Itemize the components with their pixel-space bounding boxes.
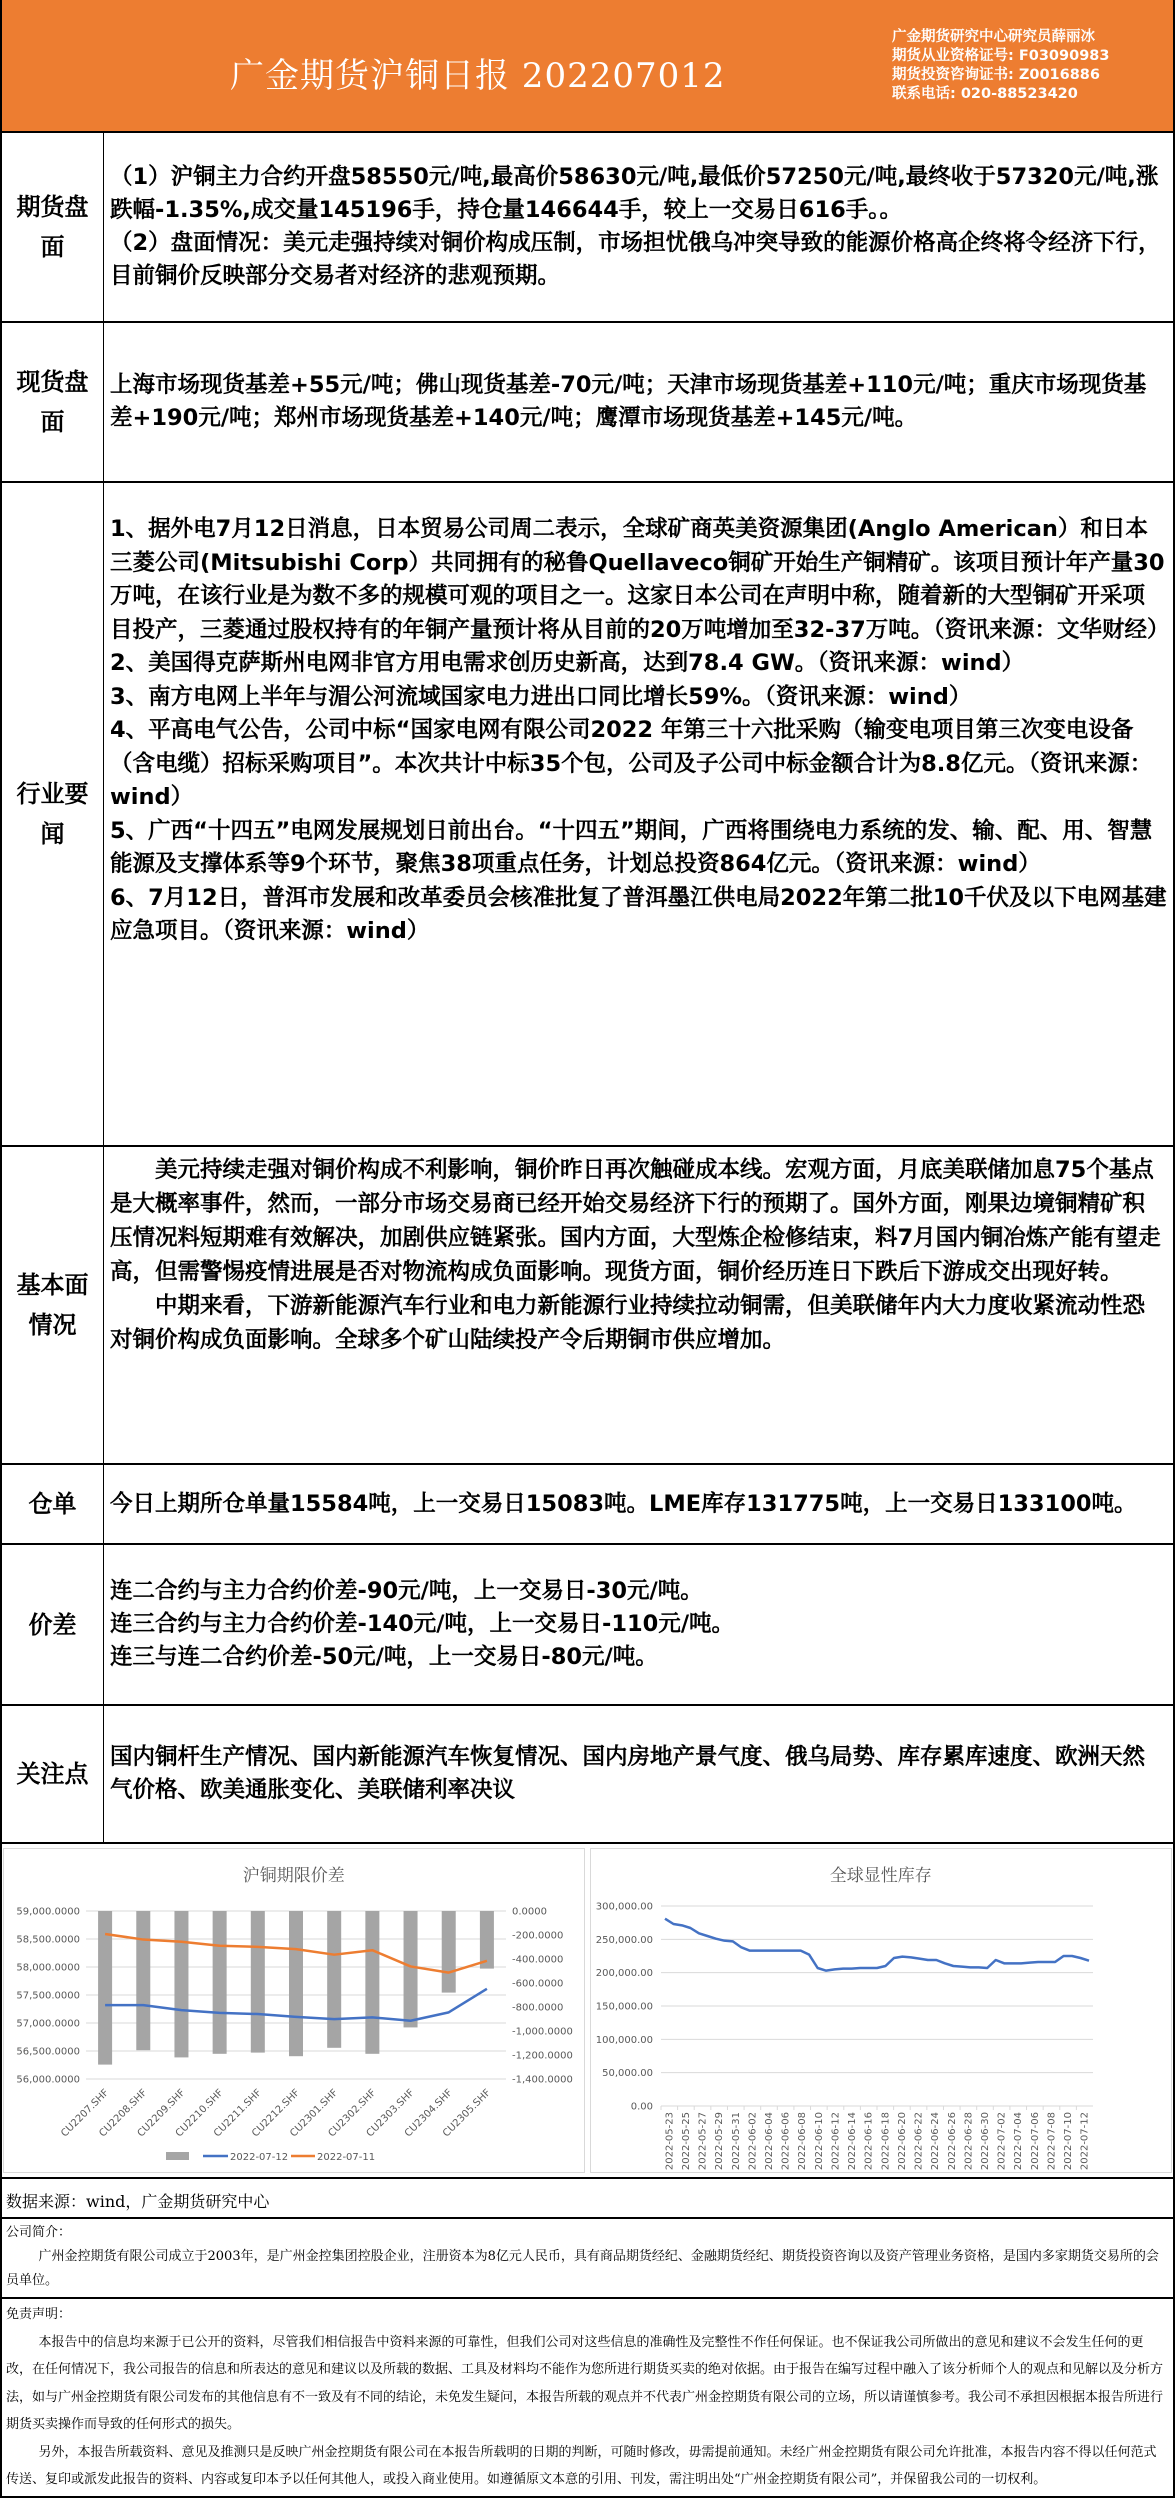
svg-text:58,000.0000: 58,000.0000 — [16, 1963, 80, 1974]
svg-text:2022-06-28: 2022-06-28 — [963, 2112, 974, 2170]
svg-text:57,500.0000: 57,500.0000 — [16, 1991, 80, 2002]
spread-line-1: 连二合约与主力合约价差-90元/吨，上一交易日-30元/吨。 — [110, 1575, 1167, 1608]
disclaimer-heading: 免责声明： — [6, 2301, 1169, 2329]
svg-text:300,000.00: 300,000.00 — [595, 1902, 652, 1913]
data-source: 数据来源：wind，广金期货研究中心 — [2, 2179, 1173, 2219]
section-futures: 期货盘面 （1）沪铜主力合约开盘58550元/吨,最高价58630元/吨,最低价… — [2, 133, 1173, 323]
svg-text:2022-07-11: 2022-07-11 — [317, 2152, 375, 2163]
fundamentals-paragraph-2: 中期来看，下游新能源汽车行业和电力新能源行业持续拉动铜需，但美联储年内大力度收紧… — [110, 1289, 1167, 1357]
svg-text:2022-07-12: 2022-07-12 — [230, 2152, 288, 2163]
news-item: 1、据外电7月12日消息，日本贸易公司周二表示，全球矿商英美资源集团(Anglo… — [110, 513, 1167, 647]
section-spot: 现货盘面 上海市场现货基差+55元/吨；佛山现货基差-70元/吨；天津市场现货基… — [2, 323, 1173, 483]
svg-text:150,000.00: 150,000.00 — [595, 2002, 652, 2013]
disclaimer-paragraph-1: 本报告中的信息均来源于已公开的资料，尽管我们相信报告中资料来源的可靠性，但我们公… — [6, 2329, 1169, 2439]
disclaimer: 免责声明： 本报告中的信息均来源于已公开的资料，尽管我们相信报告中资料来源的可靠… — [2, 2299, 1173, 2498]
svg-text:2022-06-02: 2022-06-02 — [747, 2112, 758, 2170]
section-label: 价差 — [2, 1545, 104, 1704]
svg-text:0.0000: 0.0000 — [512, 1907, 547, 1918]
consulting-certificate: 期货投资咨询证书: Z0016886 — [892, 66, 1109, 85]
svg-text:250,000.00: 250,000.00 — [595, 1935, 652, 1946]
svg-text:0.00: 0.00 — [630, 2102, 652, 2113]
company-intro-text: 广州金控期货有限公司成立于2003年，是广州金控集团控股企业，注册资本为8亿元人… — [6, 2245, 1169, 2293]
svg-text:-1,200.0000: -1,200.0000 — [512, 2051, 573, 2062]
news-item: 5、广西“十四五”电网发展规划日前出台。“十四五”期间，广西将围绕电力系统的发、… — [110, 815, 1167, 882]
report-page: 广金期货沪铜日报 202207012 广金期货研究中心研究员薛丽冰 期货从业资格… — [0, 0, 1175, 2498]
svg-text:2022-06-16: 2022-06-16 — [863, 2112, 874, 2170]
svg-text:2022-06-20: 2022-06-20 — [896, 2112, 907, 2170]
section-label: 关注点 — [2, 1706, 104, 1842]
svg-text:2022-07-02: 2022-07-02 — [996, 2112, 1007, 2170]
spot-paragraph: 上海市场现货基差+55元/吨；佛山现货基差-70元/吨；天津市场现货基差+110… — [110, 369, 1167, 435]
svg-text:50,000.00: 50,000.00 — [602, 2068, 653, 2079]
company-intro: 公司简介： 广州金控期货有限公司成立于2003年，是广州金控集团控股企业，注册资… — [2, 2219, 1173, 2299]
global-inventory-chart: 全球显性库存 300,000.00250,000.00200,000.00150… — [590, 1848, 1173, 2173]
svg-text:2022-07-04: 2022-07-04 — [1013, 2112, 1024, 2170]
svg-text:2022-06-08: 2022-06-08 — [797, 2112, 808, 2170]
svg-text:2022-06-10: 2022-06-10 — [813, 2112, 824, 2170]
svg-text:2022-06-18: 2022-06-18 — [880, 2112, 891, 2170]
svg-text:59,000.0000: 59,000.0000 — [16, 1907, 80, 1918]
section-industry-news: 行业要闻 1、据外电7月12日消息，日本贸易公司周二表示，全球矿商英美资源集团(… — [2, 483, 1173, 1147]
section-focus-points: 关注点 国内铜杆生产情况、国内新能源汽车恢复情况、国内房地产景气度、俄乌局势、库… — [2, 1706, 1173, 1844]
svg-text:2022-06-12: 2022-06-12 — [830, 2112, 841, 2170]
svg-text:56,000.0000: 56,000.0000 — [16, 2075, 80, 2086]
analyst-info: 广金期货研究中心研究员薛丽冰 期货从业资格证号: F03090983 期货投资咨… — [892, 28, 1109, 104]
news-item: 3、南方电网上半年与湄公河流域国家电力进出口同比增长59%。（资讯来源：wind… — [110, 681, 1167, 715]
svg-text:2022-05-23: 2022-05-23 — [664, 2112, 675, 2170]
svg-text:2022-05-31: 2022-05-31 — [730, 2112, 741, 2170]
svg-text:2022-07-12: 2022-07-12 — [1079, 2112, 1090, 2170]
svg-text:-800.0000: -800.0000 — [512, 2003, 563, 2014]
section-label: 行业要闻 — [2, 483, 104, 1145]
svg-text:2022-05-25: 2022-05-25 — [680, 2112, 691, 2170]
report-title: 广金期货沪铜日报 202207012 — [230, 48, 726, 97]
news-item: 2、美国得克萨斯州电网非官方用电需求创历史新高，达到78.4 GW。（资讯来源：… — [110, 647, 1167, 681]
fundamentals-paragraph-1: 美元持续走强对铜价构成不利影响，铜价昨日再次触碰成本线。宏观方面，月底美联储加息… — [110, 1153, 1167, 1289]
svg-text:56,500.0000: 56,500.0000 — [16, 2047, 80, 2058]
svg-text:58,500.0000: 58,500.0000 — [16, 1935, 80, 1946]
svg-text:2022-05-29: 2022-05-29 — [714, 2112, 725, 2170]
svg-text:2022-07-06: 2022-07-06 — [1029, 2112, 1040, 2170]
svg-text:2022-07-10: 2022-07-10 — [1063, 2112, 1074, 2170]
section-content: 国内铜杆生产情况、国内新能源汽车恢复情况、国内房地产景气度、俄乌局势、库存累库速… — [104, 1706, 1173, 1842]
news-item: 4、平高电气公告，公司中标“国家电网有限公司2022 年第三十六批采购（输变电项… — [110, 714, 1167, 815]
svg-text:57,000.0000: 57,000.0000 — [16, 2019, 80, 2030]
section-content: 1、据外电7月12日消息，日本贸易公司周二表示，全球矿商英美资源集团(Anglo… — [104, 483, 1173, 1145]
term-spread-chart: 沪铜期限价差 59,000.000058,500.000058,000.0000… — [3, 1848, 585, 2173]
news-item: 6、7月12日，普洱市发展和改革委员会核准批复了普洱墨江供电局2022年第二批1… — [110, 882, 1167, 949]
contact-phone: 联系电话: 020-88523420 — [892, 85, 1109, 104]
svg-text:2022-06-06: 2022-06-06 — [780, 2112, 791, 2170]
svg-text:2022-06-14: 2022-06-14 — [847, 2112, 858, 2170]
svg-text:2022-05-27: 2022-05-27 — [697, 2112, 708, 2170]
section-label: 现货盘面 — [2, 323, 104, 481]
svg-text:2022-06-24: 2022-06-24 — [930, 2112, 941, 2170]
warehouse-paragraph: 今日上期所仓单量15584吨，上一交易日15083吨。LME库存131775吨，… — [110, 1488, 1167, 1521]
section-content: 美元持续走强对铜价构成不利影响，铜价昨日再次触碰成本线。宏观方面，月底美联储加息… — [104, 1147, 1173, 1463]
section-content: 今日上期所仓单量15584吨，上一交易日15083吨。LME库存131775吨，… — [104, 1465, 1173, 1543]
spread-line-2: 连三合约与主力合约价差-140元/吨，上一交易日-110元/吨。 — [110, 1608, 1167, 1641]
section-warehouse-receipts: 仓单 今日上期所仓单量15584吨，上一交易日15083吨。LME库存13177… — [2, 1465, 1173, 1545]
inventory-plot: 300,000.00250,000.00200,000.00150,000.00… — [591, 1849, 1174, 2174]
section-label: 基本面情况 — [2, 1147, 104, 1463]
svg-text:-200.0000: -200.0000 — [512, 1931, 563, 1942]
analyst-name: 广金期货研究中心研究员薛丽冰 — [892, 28, 1109, 47]
svg-text:2022-06-22: 2022-06-22 — [913, 2112, 924, 2170]
svg-text:200,000.00: 200,000.00 — [595, 1968, 652, 1979]
spread-line-3: 连三与连二合约价差-50元/吨，上一交易日-80元/吨。 — [110, 1641, 1167, 1674]
section-spread: 价差 连二合约与主力合约价差-90元/吨，上一交易日-30元/吨。 连三合约与主… — [2, 1545, 1173, 1706]
svg-text:2022-06-04: 2022-06-04 — [764, 2112, 775, 2170]
svg-text:2022-07-08: 2022-07-08 — [1046, 2112, 1057, 2170]
section-fundamentals: 基本面情况 美元持续走强对铜价构成不利影响，铜价昨日再次触碰成本线。宏观方面，月… — [2, 1147, 1173, 1465]
charts-row: 沪铜期限价差 59,000.000058,500.000058,000.0000… — [2, 1844, 1173, 2179]
svg-text:-1,000.0000: -1,000.0000 — [512, 2027, 573, 2038]
svg-text:-400.0000: -400.0000 — [512, 1955, 563, 1966]
disclaimer-paragraph-2: 另外，本报告所载资料、意见及推测只是反映广州金控期货有限公司在本报告所载明的日期… — [6, 2439, 1169, 2494]
futures-paragraph-1: （1）沪铜主力合约开盘58550元/吨,最高价58630元/吨,最低价57250… — [110, 161, 1167, 227]
svg-text:-600.0000: -600.0000 — [512, 1979, 563, 1990]
section-label: 仓单 — [2, 1465, 104, 1543]
term-spread-plot: 59,000.000058,500.000058,000.000057,500.… — [4, 1849, 586, 2174]
svg-text:100,000.00: 100,000.00 — [595, 2035, 652, 2046]
report-header: 广金期货沪铜日报 202207012 广金期货研究中心研究员薛丽冰 期货从业资格… — [2, 0, 1173, 133]
qualification-number: 期货从业资格证号: F03090983 — [892, 47, 1109, 66]
futures-paragraph-2: （2）盘面情况：美元走强持续对铜价构成压制，市场担忧俄乌冲突导致的能源价格高企终… — [110, 227, 1167, 293]
section-content: 连二合约与主力合约价差-90元/吨，上一交易日-30元/吨。 连三合约与主力合约… — [104, 1545, 1173, 1704]
company-intro-heading: 公司简介： — [6, 2221, 1169, 2245]
section-label: 期货盘面 — [2, 133, 104, 321]
section-content: 上海市场现货基差+55元/吨；佛山现货基差-70元/吨；天津市场现货基差+110… — [104, 323, 1173, 481]
svg-text:-1,400.0000: -1,400.0000 — [512, 2075, 573, 2086]
svg-text:2022-06-30: 2022-06-30 — [980, 2112, 991, 2170]
focus-paragraph: 国内铜杆生产情况、国内新能源汽车恢复情况、国内房地产景气度、俄乌局势、库存累库速… — [110, 1741, 1167, 1807]
section-content: （1）沪铜主力合约开盘58550元/吨,最高价58630元/吨,最低价57250… — [104, 133, 1173, 321]
svg-text:2022-06-26: 2022-06-26 — [946, 2112, 957, 2170]
